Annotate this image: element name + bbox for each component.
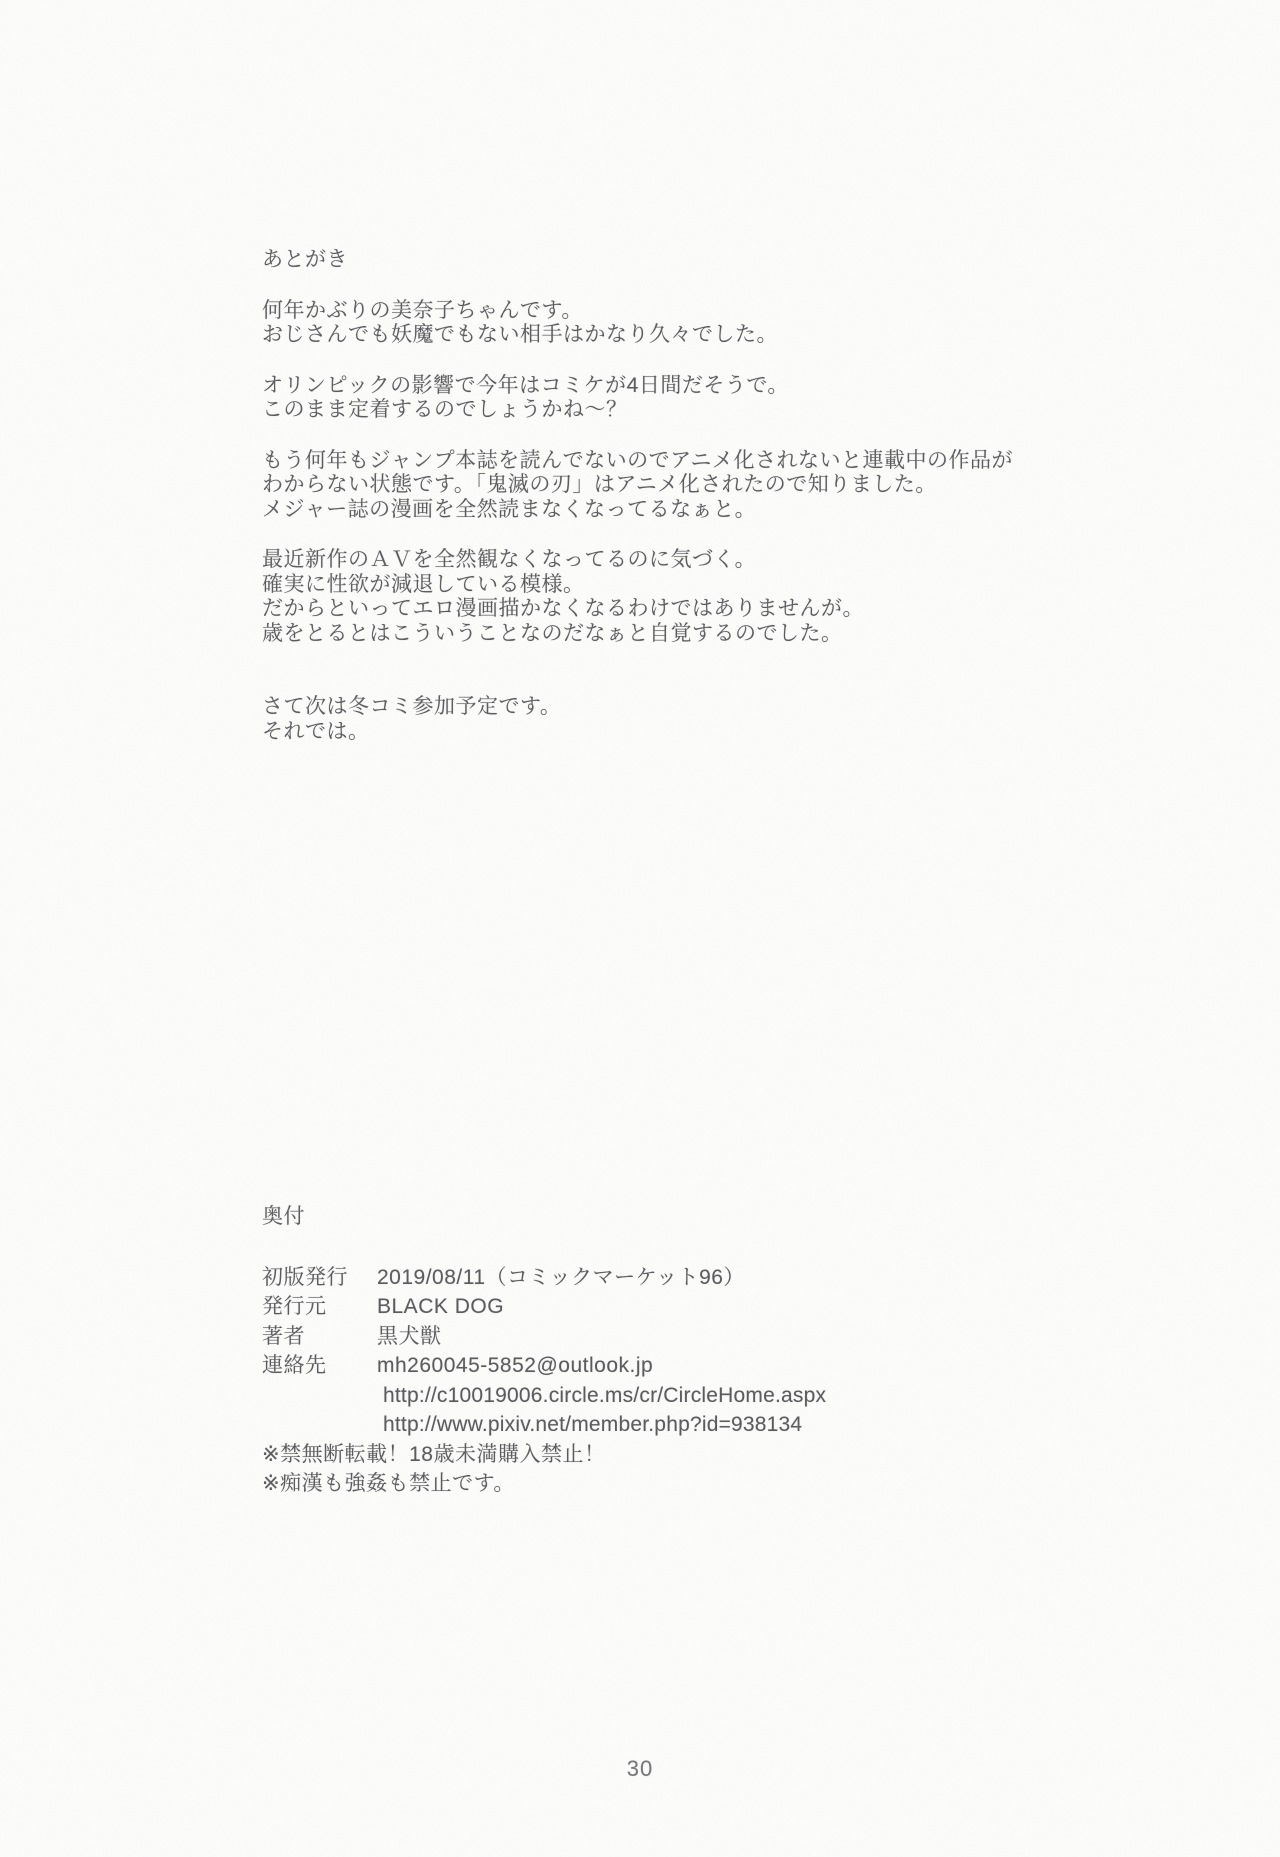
text-line: 歳をとるとはこういうことなのだなぁと自覚するのでした。	[262, 622, 1222, 647]
text-line: それでは。	[262, 720, 1222, 745]
afterword-heading: あとがき	[262, 248, 1222, 273]
colophon-value: BLACK DOG	[377, 1292, 504, 1322]
colophon-value: 黒犬獣	[377, 1322, 442, 1352]
colophon-label: 連絡先	[262, 1351, 377, 1381]
afterword-paragraph: 最近新作のＡＶを全然観なくなってるのに気づく。 確実に性欲が減退している模様。 …	[262, 548, 1222, 646]
afterword-paragraph: もう何年もジャンプ本誌を読んでないのでアニメ化されないと連載中の作品が わからな…	[262, 449, 1222, 523]
afterword-section: あとがき 何年かぶりの美奈子ちゃんです。 おじさんでも妖魔でもない相手はかなり久…	[262, 248, 1222, 744]
colophon-value: 2019/08/11（コミックマーケット96）	[377, 1263, 745, 1293]
colophon-row: http://www.pixiv.net/member.php?id=93813…	[262, 1410, 1222, 1440]
text-line: おじさんでも妖魔でもない相手はかなり久々でした。	[262, 323, 1222, 348]
text-line: メジャー誌の漫画を全然読まなくなってるなぁと。	[262, 498, 1222, 523]
colophon-value: mh260045-5852@outlook.jp	[377, 1351, 653, 1381]
colophon-notice: ※痴漢も強姦も禁止です。	[262, 1469, 1222, 1499]
colophon-row: http://c10019006.circle.ms/cr/CircleHome…	[262, 1381, 1222, 1411]
colophon-url: http://www.pixiv.net/member.php?id=93813…	[377, 1410, 802, 1440]
afterword-paragraph: オリンピックの影響で今年はコミケが4日間だそうで。 このまま定着するのでしょうか…	[262, 374, 1222, 423]
colophon-url: http://c10019006.circle.ms/cr/CircleHome…	[377, 1381, 826, 1411]
colophon-label: 著者	[262, 1322, 377, 1352]
colophon-label	[262, 1381, 377, 1411]
scanned-page: あとがき 何年かぶりの美奈子ちゃんです。 おじさんでも妖魔でもない相手はかなり久…	[0, 0, 1280, 1857]
text-line: 確実に性欲が減退している模様。	[262, 573, 1222, 598]
text-line: わからない状態です。「鬼滅の刃」はアニメ化されたので知りました。	[262, 473, 1222, 498]
page-number: 30	[0, 1756, 1280, 1782]
afterword-paragraph: 何年かぶりの美奈子ちゃんです。 おじさんでも妖魔でもない相手はかなり久々でした。	[262, 299, 1222, 348]
text-line: さて次は冬コミ参加予定です。	[262, 695, 1222, 720]
text-line: 最近新作のＡＶを全然観なくなってるのに気づく。	[262, 548, 1222, 573]
text-line: オリンピックの影響で今年はコミケが4日間だそうで。	[262, 374, 1222, 399]
colophon-notice: ※禁無断転載！18歳未満購入禁止！	[262, 1440, 1222, 1470]
text-line: もう何年もジャンプ本誌を読んでないのでアニメ化されないと連載中の作品が	[262, 449, 1222, 474]
colophon-row: 発行元 BLACK DOG	[262, 1292, 1222, 1322]
colophon-row: 初版発行 2019/08/11（コミックマーケット96）	[262, 1263, 1222, 1293]
colophon-section: 奥付 初版発行 2019/08/11（コミックマーケット96） 発行元 BLAC…	[262, 1205, 1222, 1499]
afterword-paragraph: さて次は冬コミ参加予定です。 それでは。	[262, 695, 1222, 744]
text-line: このまま定着するのでしょうかね～？	[262, 398, 1222, 423]
text-line: だからといってエロ漫画描かなくなるわけではありませんが。	[262, 597, 1222, 622]
colophon-row: 著者 黒犬獣	[262, 1322, 1222, 1352]
colophon-label: 発行元	[262, 1292, 377, 1322]
colophon-row: 連絡先 mh260045-5852@outlook.jp	[262, 1351, 1222, 1381]
colophon-label	[262, 1410, 377, 1440]
colophon-heading: 奥付	[262, 1205, 1222, 1230]
colophon-label: 初版発行	[262, 1263, 377, 1293]
text-line: 何年かぶりの美奈子ちゃんです。	[262, 299, 1222, 324]
